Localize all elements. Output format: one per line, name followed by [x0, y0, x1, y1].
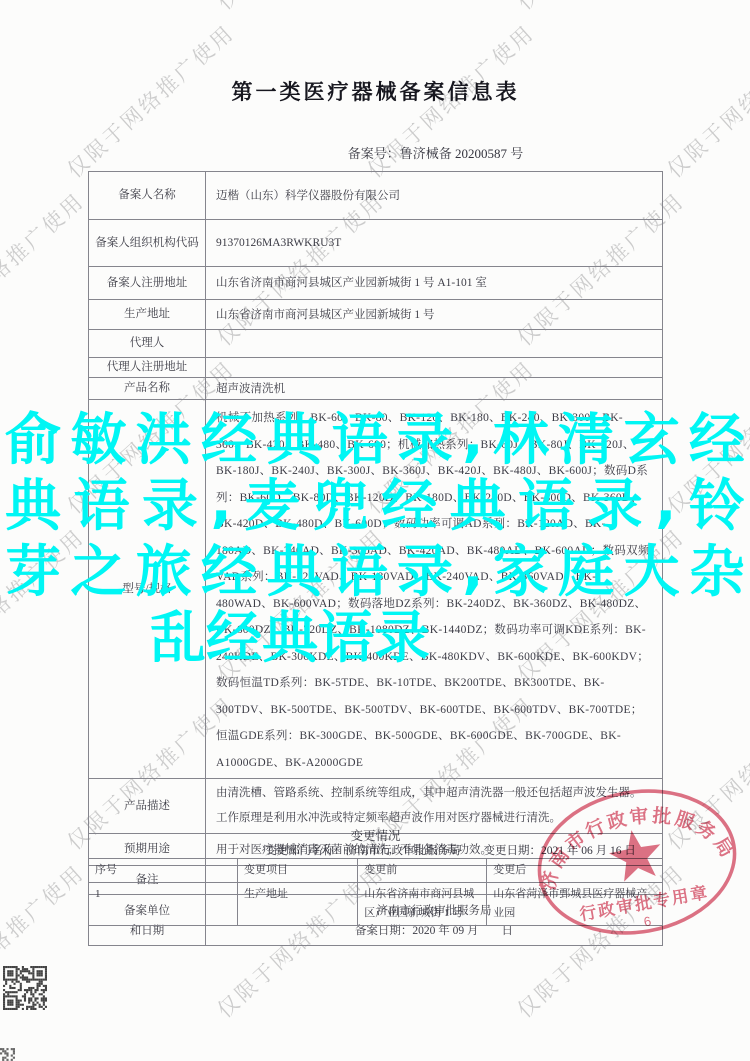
table-row: 1生产地址山东省济南市商河县城区产业园新城街 1 号山东省菏泽市鄄城县医疗器械产…: [89, 882, 662, 925]
field-value: 91370126MA3RWKRU3T: [206, 220, 662, 266]
table-row: 备案人注册地址山东省济南市商河县城区产业园新城街 1 号 A1-101 室: [89, 266, 662, 299]
field-label: 产品描述: [89, 779, 206, 833]
table-cell: 生产地址: [238, 883, 358, 925]
record-number: 备案号：鲁济械备 20200587 号: [88, 143, 663, 162]
field-value: 由清洗槽、管路系统、控制系统等组成，其中超声清洗器一般还包括超声波发生器。工作原…: [206, 779, 662, 833]
field-label: 产品名称: [89, 378, 206, 399]
field-value: 超声波清洗机: [206, 378, 662, 399]
field-label: 备案人组织机构代码: [89, 220, 206, 266]
field-label: 代理人: [89, 330, 206, 357]
change-table-header-row: 序号变更项目变更前变更后: [89, 859, 662, 882]
field-value: 山东省济南市商河县城区产业园新城街 1 号 A1-101 室: [206, 267, 662, 299]
table-row: 备案人组织机构代码91370126MA3RWKRU3T: [89, 219, 662, 266]
table-row: 产品描述由清洗槽、管路系统、控制系统等组成，其中超声清洗器一般还包括超声波发生器…: [89, 778, 662, 833]
field-label: 备案人注册地址: [89, 267, 206, 299]
qr-code-fragment: [0, 1048, 15, 1061]
info-rows: 备案人名称迈楷（山东）科学仪器股份有限公司备案人组织机构代码91370126MA…: [89, 172, 662, 894]
field-label: 备案人名称: [89, 172, 206, 219]
change-table: 序号变更项目变更前变更后1生产地址山东省济南市商河县城区产业园新城街 1 号山东…: [88, 858, 663, 926]
table-row: 型号/规格机械不加热系列：BK-60、BK-80、BK-120、BK-180、B…: [89, 399, 662, 778]
qr-code: [1, 966, 49, 1010]
table-row: 产品名称超声波清洗机: [89, 377, 662, 399]
field-value: [206, 330, 662, 357]
document-title: 第一类医疗器械备案信息表: [88, 76, 663, 106]
column-header: 变更前: [358, 859, 487, 882]
table-cell: 山东省济南市商河县城区产业园新城街 1 号: [358, 883, 487, 925]
field-value: 迈楷（山东）科学仪器股份有限公司: [206, 172, 662, 219]
scanned-document-page: 仅限于网络推广使用仅限于网络推广使用仅限于网络推广使用仅限于网络推广使用仅限于网…: [0, 0, 750, 1061]
table-cell: 1: [89, 883, 238, 925]
table-row: 代理人: [89, 329, 662, 357]
field-label: 代理人注册地址: [89, 358, 206, 377]
field-label: 生产地址: [89, 300, 206, 329]
table-row: 生产地址山东省济南市商河县城区产业园新城街 1 号: [89, 299, 662, 329]
document: 第一类医疗器械备案信息表 备案号：鲁济械备 20200587 号 备案人名称迈楷…: [0, 0, 750, 1061]
field-value: 山东省济南市商河县城区产业园新城街 1 号: [206, 300, 662, 329]
table-row: 备案人名称迈楷（山东）科学仪器股份有限公司: [89, 172, 662, 219]
field-label: 型号/规格: [89, 400, 206, 778]
table-cell: 山东省菏泽市鄄城县医疗器械产业园: [487, 883, 662, 925]
change-dept-line: 变更部门名称：济南市行政审批服务局 变更日期：2021 年 06 月 16 日: [88, 842, 663, 858]
column-header: 变更项目: [238, 859, 358, 882]
field-value: 机械不加热系列：BK-60、BK-80、BK-120、BK-180、BK-240…: [206, 400, 662, 778]
table-row: 代理人注册地址: [89, 357, 662, 377]
column-header: 序号: [89, 859, 238, 882]
field-value: [206, 358, 662, 377]
column-header: 变更后: [487, 859, 662, 882]
